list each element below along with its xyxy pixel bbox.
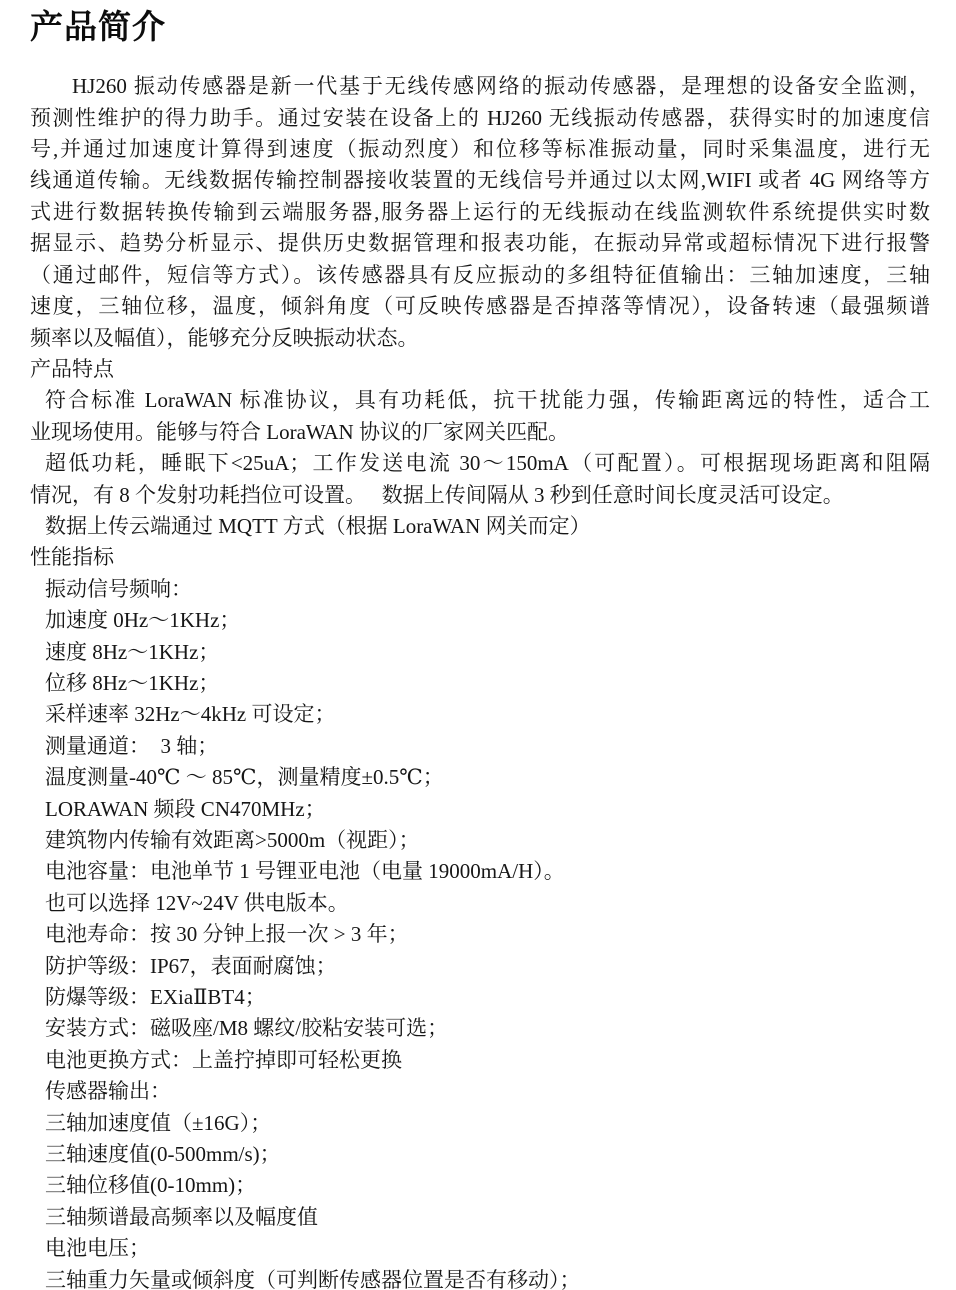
text-line: 电池容量：电池单节 1 号锂亚电池（电量 19000mA/H）。 xyxy=(30,856,930,887)
text-line: （通过邮件，短信等方式）。该传感器具有反应振动的多组特征值输出：三轴加速度，三轴 xyxy=(30,260,930,291)
text-line: 也可以选择 12V~24V 供电版本。 xyxy=(30,888,930,919)
text-line: 电池寿命：按 30 分钟上报一次 > 3 年； xyxy=(30,919,930,950)
text-line: 线通道传输。无线数据传输控制器接收装置的无线信号并通过以太网,WIFI 或者 4… xyxy=(30,165,930,196)
document-body: HJ260 振动传感器是新一代基于无线传感网络的振动传感器，是理想的设备安全监测… xyxy=(30,71,930,1290)
text-line: 式进行数据转换传输到云端服务器,服务器上运行的无线振动在线监测软件系统提供实时数 xyxy=(30,197,930,228)
text-line: HJ260 振动传感器是新一代基于无线传感网络的振动传感器，是理想的设备安全监测… xyxy=(30,71,930,102)
text-line: 符合标准 LoraWAN 标准协议，具有功耗低，抗干扰能力强，传输距离远的特性，… xyxy=(30,385,930,416)
text-line: 传感器输出： xyxy=(30,1076,930,1107)
text-line: 三轴位移值(0-10mm)； xyxy=(30,1170,930,1201)
text-line: 防护等级：IP67，表面耐腐蚀； xyxy=(30,951,930,982)
text-line: 电池电压； xyxy=(30,1233,930,1264)
text-line: 数据上传云端通过 MQTT 方式（根据 LoraWAN 网关而定） xyxy=(30,511,930,542)
text-line: 性能指标 xyxy=(30,542,930,573)
text-line: 电池更换方式：上盖拧掉即可轻松更换 xyxy=(30,1045,930,1076)
text-line: LORAWAN 频段 CN470MHz； xyxy=(30,794,930,825)
text-line: 速度 8Hz～1KHz； xyxy=(30,637,930,668)
text-line: 建筑物内传输有效距离>5000m（视距）； xyxy=(30,825,930,856)
text-line: 据显示、趋势分析显示、提供历史数据管理和报表功能，在振动异常或超标情况下进行报警 xyxy=(30,228,930,259)
text-line: 业现场使用。能够与符合 LoraWAN 协议的厂家网关匹配。 xyxy=(30,417,930,448)
text-line: 温度测量-40℃ ～ 85℃，测量精度±0.5℃； xyxy=(30,762,930,793)
text-line: 测量通道： 3 轴； xyxy=(30,731,930,762)
document-page: 产品简介 HJ260 振动传感器是新一代基于无线传感网络的振动传感器，是理想的设… xyxy=(0,0,956,1290)
text-line: 三轴重力矢量或倾斜度（可判断传感器位置是否有移动）； xyxy=(30,1265,930,1290)
text-line: 情况，有 8 个发射功耗挡位可设置。 数据上传间隔从 3 秒到任意时间长度灵活可… xyxy=(30,480,930,511)
text-line: 安装方式：磁吸座/M8 螺纹/胶粘安装可选； xyxy=(30,1013,930,1044)
text-line: 速度，三轴位移，温度，倾斜角度（可反映传感器是否掉落等情况），设备转速（最强频谱 xyxy=(30,291,930,322)
page-title: 产品简介 xyxy=(30,6,930,47)
text-line: 三轴频谱最高频率以及幅度值 xyxy=(30,1202,930,1233)
text-line: 超低功耗，睡眠下<25uA；工作发送电流 30～150mA（可配置）。可根据现场… xyxy=(30,448,930,479)
text-line: 三轴加速度值（±16G）； xyxy=(30,1108,930,1139)
text-line: 三轴速度值(0-500mm/s)； xyxy=(30,1139,930,1170)
text-line: 加速度 0Hz～1KHz； xyxy=(30,605,930,636)
text-line: 防爆等级：EXiaⅡBT4； xyxy=(30,982,930,1013)
text-line: 振动信号频响： xyxy=(30,574,930,605)
text-line: 采样速率 32Hz～4kHz 可设定； xyxy=(30,699,930,730)
text-line: 频率以及幅值），能够充分反映振动状态。 xyxy=(30,323,930,354)
text-line: 位移 8Hz～1KHz； xyxy=(30,668,930,699)
text-line: 产品特点 xyxy=(30,354,930,385)
text-line: 号,并通过加速度计算得到速度（振动烈度）和位移等标准振动量，同时采集温度，进行无 xyxy=(30,134,930,165)
text-line: 预测性维护的得力助手。通过安装在设备上的 HJ260 无线振动传感器，获得实时的… xyxy=(30,103,930,134)
